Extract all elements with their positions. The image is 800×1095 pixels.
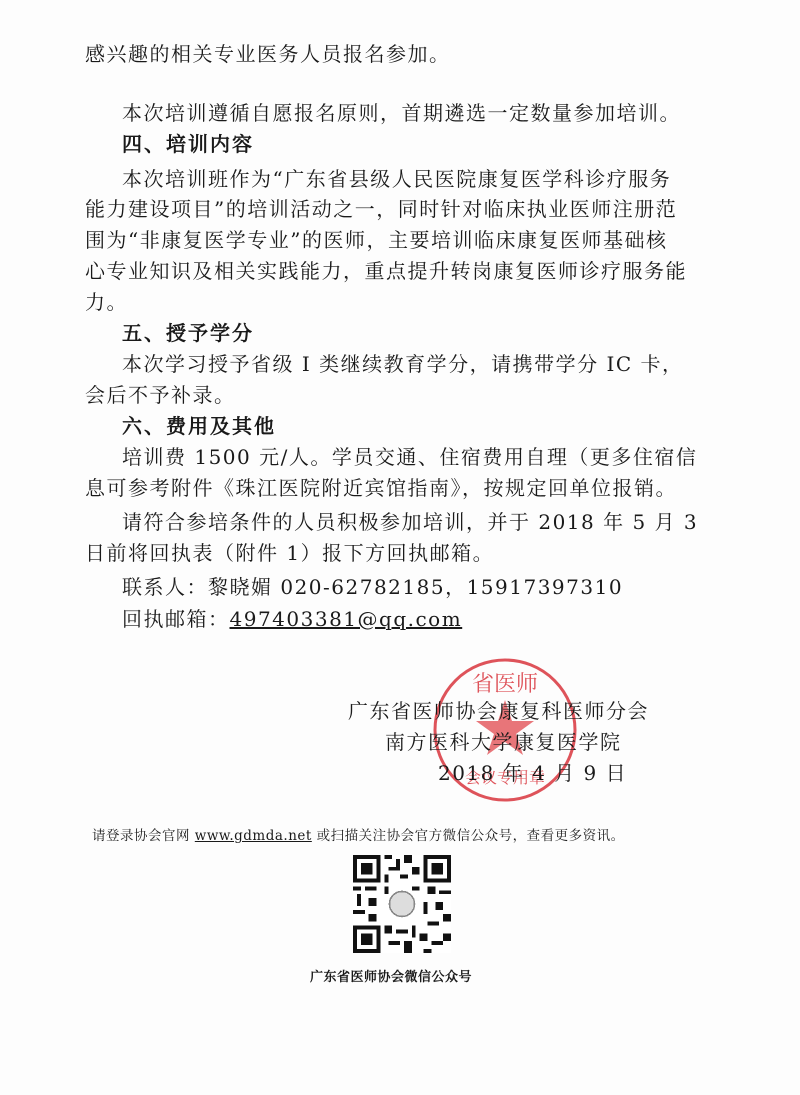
paragraph-text: 培训费 1500 元/人。学员交通、住宿费用自理（更多住宿信 bbox=[122, 441, 697, 470]
qr-code-icon[interactable] bbox=[353, 855, 451, 953]
paragraph-text: 围为“非康复医学专业”的医师，主要培训临床康复医师基础核 bbox=[85, 224, 667, 253]
section-heading-credits: 五、授予学分 bbox=[122, 317, 254, 346]
footer-prefix: 请登录协会官网 bbox=[92, 828, 195, 844]
contact-info: 联系人：黎晓媚 020-62782185，15917397310 bbox=[122, 571, 623, 600]
email-link[interactable]: 497403381@qq.com bbox=[230, 607, 463, 631]
svg-text:省医师: 省医师 bbox=[472, 672, 538, 697]
email-label: 回执邮箱： bbox=[122, 607, 230, 631]
section-heading-fees: 六、费用及其他 bbox=[122, 410, 276, 439]
paragraph-text: 心专业知识及相关实践能力，重点提升转岗康复医师诊疗服务能 bbox=[85, 255, 687, 284]
qr-caption: 广东省医师协会微信公众号 bbox=[310, 966, 472, 985]
paragraph-text: 日前将回执表（附件 1）报下方回执邮箱。 bbox=[85, 537, 494, 566]
paragraph-text: 本次培训班作为“广东省县级人民医院康复医学科诊疗服务 bbox=[122, 163, 671, 192]
signature-date: 2018 年 4 月 9 日 bbox=[438, 757, 627, 786]
paragraph-text: 会后不予补录。 bbox=[85, 379, 236, 408]
footer-note: 请登录协会官网 www.gdmda.net 或扫描关注协会官方微信公众号，查看更… bbox=[92, 824, 625, 844]
paragraph-text: 力。 bbox=[85, 286, 128, 315]
paragraph-text: 本次培训遵循自愿报名原则，首期遴选一定数量参加培训。 bbox=[122, 97, 681, 126]
footer-suffix: 或扫描关注协会官方微信公众号，查看更多资讯。 bbox=[312, 828, 625, 844]
paragraph-text: 请符合参培条件的人员积极参加培训，并于 2018 年 5 月 3 bbox=[122, 506, 698, 535]
signature-org-2: 南方医科大学康复医学院 bbox=[385, 726, 622, 755]
paragraph-text: 息可参考附件《珠江医院附近宾馆指南》，按规定回单位报销。 bbox=[85, 472, 677, 501]
website-link[interactable]: www.gdmda.net bbox=[195, 828, 312, 844]
email-row: 回执邮箱：497403381@qq.com bbox=[122, 603, 462, 632]
paragraph-text: 能力建设项目”的培训活动之一，同时针对临床执业医师注册范 bbox=[85, 193, 677, 222]
section-heading-training-content: 四、培训内容 bbox=[122, 128, 254, 157]
signature-org-1: 广东省医师协会康复科医师分会 bbox=[348, 695, 649, 724]
paragraph-text: 感兴趣的相关专业医务人员报名参加。 bbox=[85, 38, 451, 67]
paragraph-text: 本次学习授予省级 I 类继续教育学分，请携带学分 IC 卡， bbox=[122, 348, 684, 377]
